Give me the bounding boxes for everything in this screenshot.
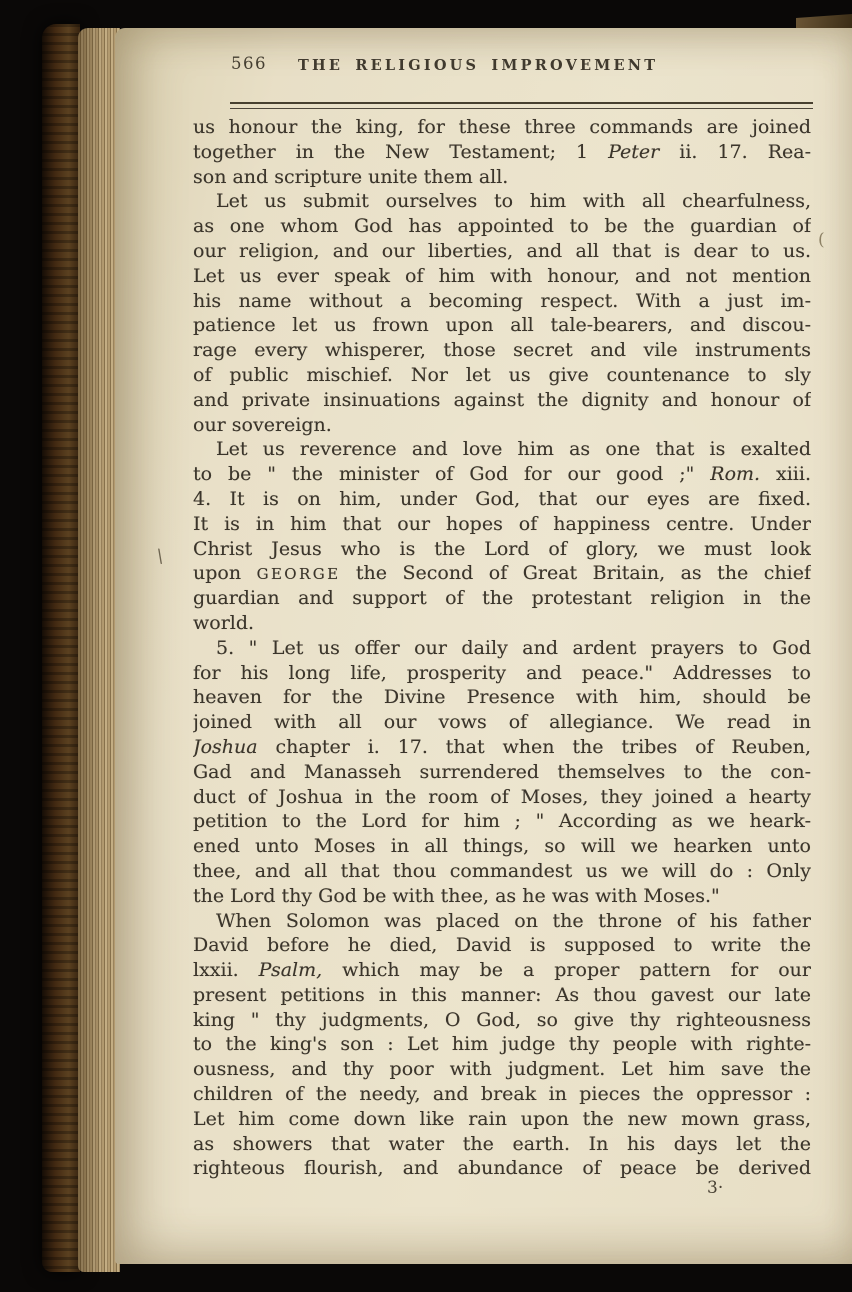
text-line: thee, and all that thou commandest us we… bbox=[193, 859, 811, 884]
body-text: us honour the king, for these three comm… bbox=[193, 115, 811, 1181]
text-line: It is in him that our hopes of happiness… bbox=[193, 512, 811, 537]
text-line: Let us reverence and love him as one tha… bbox=[193, 437, 811, 462]
text-line: joined with all our vows of allegiance. … bbox=[193, 710, 811, 735]
text-line: heaven for the Divine Presence with him,… bbox=[193, 685, 811, 710]
text-line: present petitions in this manner: As tho… bbox=[193, 983, 811, 1008]
text-line: world. bbox=[193, 611, 811, 636]
text-line: for his long life, prosperity and peace.… bbox=[193, 661, 811, 686]
text-line: petition to the Lord for him ; " Accordi… bbox=[193, 809, 811, 834]
text-line: the Lord thy God be with thee, as he was… bbox=[193, 884, 811, 909]
text-line: son and scripture unite them all. bbox=[193, 165, 811, 190]
text-line: rage every whisperer, those secret and v… bbox=[193, 338, 811, 363]
text-line: Joshua chapter i. 17. that when the trib… bbox=[193, 735, 811, 760]
running-header: THE RELIGIOUS IMPROVEMENT bbox=[298, 57, 658, 74]
text-line: to the king's son : Let him judge thy pe… bbox=[193, 1032, 811, 1057]
text-line: together in the New Testament; 1 Peter i… bbox=[193, 140, 811, 165]
text-line: his name without a becoming respect. Wit… bbox=[193, 289, 811, 314]
text-line: of public mischief. Nor let us give coun… bbox=[193, 363, 811, 388]
text-line: us honour the king, for these three comm… bbox=[193, 115, 811, 140]
header-rule bbox=[230, 102, 813, 109]
stray-ink-mark: \ bbox=[156, 546, 165, 568]
text-line: upon GEORGE the Second of Great Britain,… bbox=[193, 561, 811, 586]
text-line: king " thy judgments, O God, so give thy… bbox=[193, 1008, 811, 1033]
text-line: to be " the minister of God for our good… bbox=[193, 462, 811, 487]
text-line: Let us ever speak of him with honour, an… bbox=[193, 264, 811, 289]
text-line: children of the needy, and break in piec… bbox=[193, 1082, 811, 1107]
text-line: Christ Jesus who is the Lord of glory, w… bbox=[193, 537, 811, 562]
book-page: 566 THE RELIGIOUS IMPROVEMENT us honour … bbox=[115, 28, 852, 1264]
photo-background: 566 THE RELIGIOUS IMPROVEMENT us honour … bbox=[0, 0, 852, 1292]
text-line: as one whom God has appointed to be the … bbox=[193, 214, 811, 239]
text-line: our religion, and our liberties, and all… bbox=[193, 239, 811, 264]
book-spine bbox=[42, 24, 80, 1272]
stray-ink-mark: ( bbox=[818, 230, 825, 250]
text-line: ousness, and thy poor with judgment. Let… bbox=[193, 1057, 811, 1082]
text-line: patience let us frown upon all tale-bear… bbox=[193, 313, 811, 338]
text-line: Let us submit ourselves to him with all … bbox=[193, 189, 811, 214]
text-line: guardian and support of the protestant r… bbox=[193, 586, 811, 611]
text-line: David before he died, David is supposed … bbox=[193, 933, 811, 958]
page-number: 566 bbox=[231, 54, 267, 73]
text-line: duct of Joshua in the room of Moses, the… bbox=[193, 785, 811, 810]
text-line: When Solomon was placed on the throne of… bbox=[193, 909, 811, 934]
signature-mark: 3· bbox=[707, 1178, 723, 1198]
text-line: ened unto Moses in all things, so will w… bbox=[193, 834, 811, 859]
text-line: as showers that water the earth. In his … bbox=[193, 1132, 811, 1157]
text-line: 5. " Let us offer our daily and ardent p… bbox=[193, 636, 811, 661]
text-line: 4. It is on him, under God, that our eye… bbox=[193, 487, 811, 512]
text-line: and private insinuations against the dig… bbox=[193, 388, 811, 413]
text-line: Let him come down like rain upon the new… bbox=[193, 1107, 811, 1132]
page-edges bbox=[78, 28, 120, 1272]
text-line: our sovereign. bbox=[193, 413, 811, 438]
text-line: Gad and Manasseh surrendered themselves … bbox=[193, 760, 811, 785]
text-line: lxxii. Psalm, which may be a proper patt… bbox=[193, 958, 811, 983]
